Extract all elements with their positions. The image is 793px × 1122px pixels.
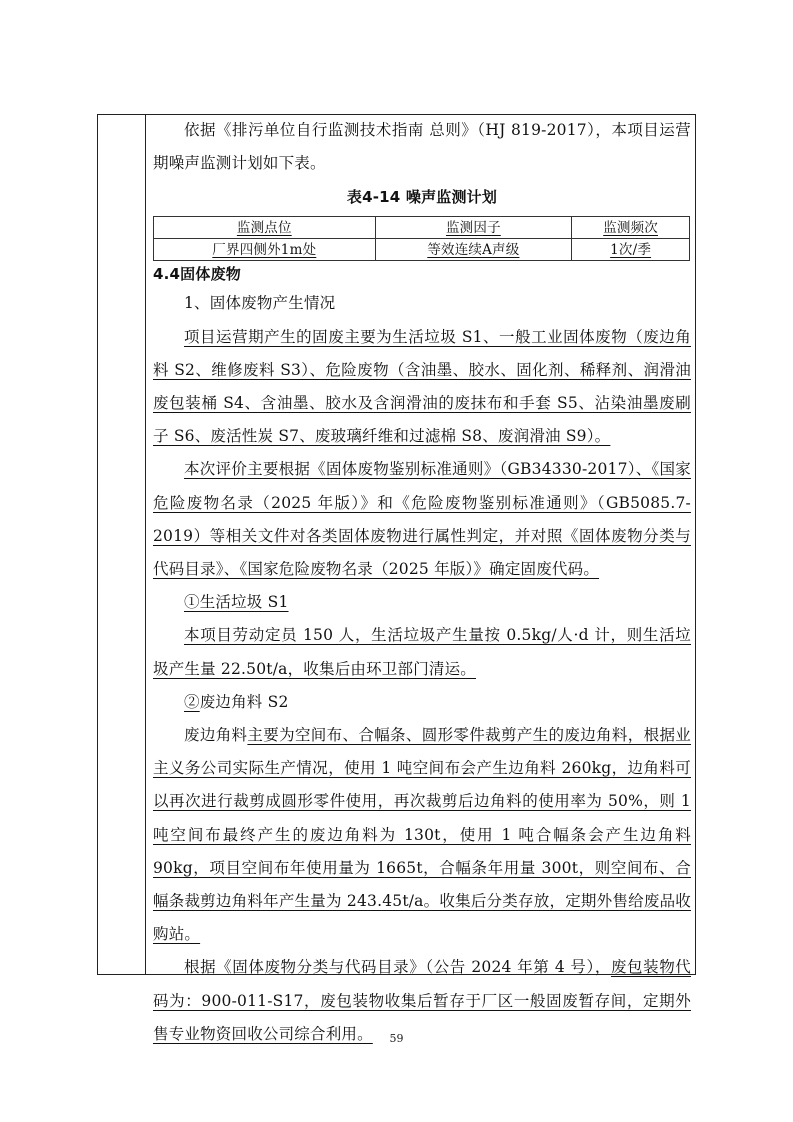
item1-title: ①生活垃圾 S1 bbox=[153, 586, 691, 619]
table-cell: 厂界四侧外1m处 bbox=[154, 239, 376, 261]
table-cell: 1次/季 bbox=[572, 239, 690, 261]
item2-title: ②废边角料 S2 bbox=[153, 686, 691, 719]
cell-factor: 等效连续A声级 bbox=[427, 242, 519, 258]
section-heading: 4.4固体废物 bbox=[153, 261, 691, 287]
page-number: 59 bbox=[0, 1032, 793, 1045]
intro-line-2: 期噪声监测计划如下表。 bbox=[153, 154, 326, 172]
header-monitoring-point: 监测点位 bbox=[237, 220, 292, 236]
noise-monitoring-table: 监测点位 监测因子 监测频次 厂界四侧外1m处 等效连续A声级 1次/季 bbox=[153, 216, 690, 261]
overview-paragraph: 项目运营期产生的固废主要为生活垃圾 S1、一般工业固体废物（废边角料 S2、维修… bbox=[153, 321, 691, 454]
intro-line-1: 依据《排污单位自行监测技术指南 总则》（HJ 819-2017），本项目运营 bbox=[184, 121, 691, 139]
header-cell: 监测点位 bbox=[154, 217, 376, 239]
item2-title-text: 废边角料 S2 bbox=[200, 693, 289, 711]
document-body: 依据《排污单位自行监测技术指南 总则》（HJ 819-2017），本项目运营期噪… bbox=[153, 114, 691, 1051]
header-cell: 监测频次 bbox=[572, 217, 690, 239]
table-title: 表4-14 噪声监测计划 bbox=[153, 180, 691, 214]
item1-text: 本项目劳动定员 150 人，生活垃圾产生量按 0.5kg/人·d 计，则生活垃圾… bbox=[153, 626, 691, 677]
item1-paragraph: 本项目劳动定员 150 人，生活垃圾产生量按 0.5kg/人·d 计，则生活垃圾… bbox=[153, 619, 691, 685]
code-lead: 根据《固体废物分类与代码目录》（公告 2024 年第 4 号）， bbox=[184, 958, 611, 976]
cell-point: 厂界四侧外1m处 bbox=[212, 242, 316, 258]
item2-title-mark: ② bbox=[184, 693, 200, 711]
item2-lead: 废边角料 bbox=[184, 726, 247, 744]
item1-title-text: ①生活垃圾 S1 bbox=[184, 593, 289, 611]
basis-paragraph: 本次评价主要根据《固体废物鉴别标准通则》（GB34330-2017）、《国家危险… bbox=[153, 453, 691, 586]
basis-text: 本次评价主要根据《固体废物鉴别标准通则》（GB34330-2017）、《国家危险… bbox=[153, 460, 691, 578]
item2-text: 主要为空间布、合幅条、圆形零件裁剪产生的废边角料，根据业主义务公司实际生产情况，… bbox=[153, 726, 691, 943]
column-divider bbox=[145, 115, 146, 974]
intro-paragraph: 依据《排污单位自行监测技术指南 总则》（HJ 819-2017），本项目运营期噪… bbox=[153, 114, 691, 180]
cell-frequency: 1次/季 bbox=[610, 242, 651, 258]
table-row: 厂界四侧外1m处 等效连续A声级 1次/季 bbox=[154, 239, 690, 261]
table-cell: 等效连续A声级 bbox=[375, 239, 572, 261]
overview-text: 项目运营期产生的固废主要为生活垃圾 S1、一般工业固体废物（废边角料 S2、维修… bbox=[153, 328, 691, 446]
table-header-row: 监测点位 监测因子 监测频次 bbox=[154, 217, 690, 239]
header-cell: 监测因子 bbox=[375, 217, 572, 239]
subsection-title: 1、固体废物产生情况 bbox=[153, 287, 691, 320]
header-monitoring-frequency: 监测频次 bbox=[603, 220, 658, 236]
header-monitoring-factor: 监测因子 bbox=[446, 220, 501, 236]
item2-paragraph: 废边角料主要为空间布、合幅条、圆形零件裁剪产生的废边角料，根据业主义务公司实际生… bbox=[153, 719, 691, 951]
